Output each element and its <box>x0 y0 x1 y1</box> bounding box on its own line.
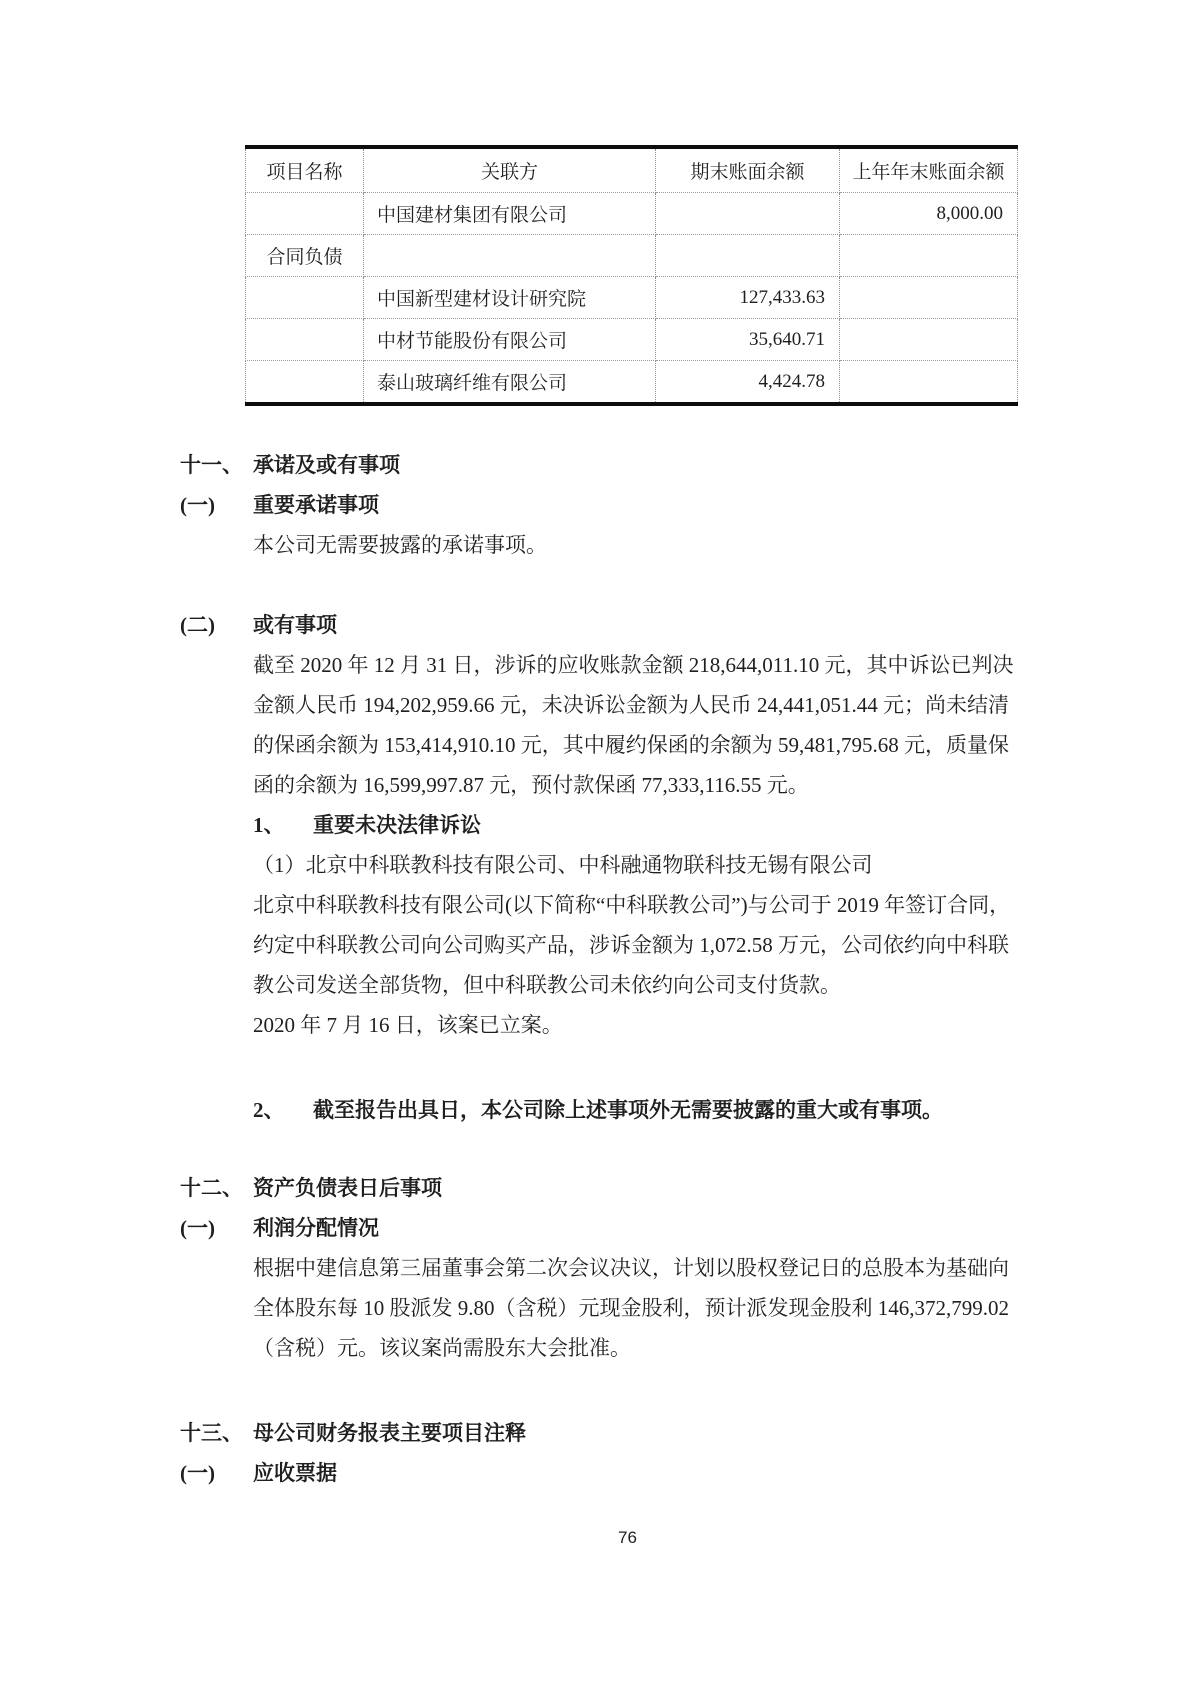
table-cell: 合同负债 <box>246 235 364 277</box>
table-row: 合同负债 <box>246 235 1018 277</box>
paragraph-line: 约定中科联教公司向公司购买产品，涉诉金额为 1,072.58 万元，公司依约向中… <box>253 925 1075 965</box>
table-cell: 35,640.71 <box>656 319 840 361</box>
item-number: 2、 <box>253 1090 313 1130</box>
paragraph-line: 函的余额为 16,599,997.87 元，预付款保函 77,333,116.5… <box>253 765 1075 805</box>
subsection-heading-12-1: (一) 利润分配情况 <box>180 1208 1075 1248</box>
table-row: 中材节能股份有限公司 35,640.71 <box>246 319 1018 361</box>
header-related-party: 关联方 <box>364 147 656 193</box>
subsection-heading-11-1: (一) 重要承诺事项 <box>180 485 1075 525</box>
table-header-row: 项目名称 关联方 期末账面余额 上年年末账面余额 <box>246 147 1018 193</box>
item-heading-2: 2、 截至报告出具日，本公司除上述事项外无需要披露的重大或有事项。 <box>253 1090 1075 1130</box>
table-cell <box>840 319 1018 361</box>
section-number: 十三、 <box>180 1413 253 1453</box>
paragraph-line: 本公司无需要披露的承诺事项。 <box>253 525 1075 565</box>
table-cell <box>656 193 840 235</box>
section-heading-12: 十二、 资产负债表日后事项 <box>180 1168 1075 1208</box>
section-title: 母公司财务报表主要项目注释 <box>253 1413 526 1453</box>
table-cell: 4,424.78 <box>656 361 840 405</box>
paragraph-line: 根据中建信息第三届董事会第二次会议决议，计划以股权登记日的总股本为基础向 <box>253 1248 1075 1288</box>
paragraph-line: 金额人民币 194,202,959.66 元，未决诉讼金额为人民币 24,441… <box>253 685 1075 725</box>
table-cell <box>246 319 364 361</box>
header-item-name: 项目名称 <box>246 147 364 193</box>
table-cell: 127,433.63 <box>656 277 840 319</box>
subsection-number: (一) <box>180 1453 253 1493</box>
paragraph-line: 北京中科联教科技有限公司(以下简称“中科联教公司”)与公司于 2019 年签订合… <box>253 885 1075 925</box>
header-prior-year-balance: 上年年末账面余额 <box>840 147 1018 193</box>
item-title: 截至报告出具日，本公司除上述事项外无需要披露的重大或有事项。 <box>313 1090 943 1130</box>
paragraph-line: 教公司发送全部货物，但中科联教公司未依约向公司支付货款。 <box>253 965 1075 1005</box>
section-title: 承诺及或有事项 <box>253 445 400 485</box>
table-row: 泰山玻璃纤维有限公司 4,424.78 <box>246 361 1018 405</box>
subsection-heading-11-2: (二) 或有事项 <box>180 605 1075 645</box>
subsection-number: (二) <box>180 605 253 645</box>
table-cell <box>840 361 1018 405</box>
item-heading-1: 1、 重要未决法律诉讼 <box>253 805 1075 845</box>
paragraph-line: （1）北京中科联教科技有限公司、中科融通物联科技无锡有限公司 <box>253 845 1075 885</box>
header-closing-balance: 期末账面余额 <box>656 147 840 193</box>
document-body: 十一、 承诺及或有事项 (一) 重要承诺事项 本公司无需要披露的承诺事项。 (二… <box>180 445 1075 1493</box>
paragraph-line: 2020 年 7 月 16 日，该案已立案。 <box>253 1005 1075 1045</box>
table-cell: 中材节能股份有限公司 <box>364 319 656 361</box>
table-cell: 中国建材集团有限公司 <box>364 193 656 235</box>
subsection-heading-13-1: (一) 应收票据 <box>180 1453 1075 1493</box>
subsection-title: 或有事项 <box>253 605 337 645</box>
table-row: 中国建材集团有限公司 8,000.00 <box>246 193 1018 235</box>
table-cell <box>246 193 364 235</box>
table-row: 中国新型建材设计研究院 127,433.63 <box>246 277 1018 319</box>
section-heading-13: 十三、 母公司财务报表主要项目注释 <box>180 1413 1075 1453</box>
report-page: 项目名称 关联方 期末账面余额 上年年末账面余额 中国建材集团有限公司 8,00… <box>0 0 1200 1696</box>
section-number: 十二、 <box>180 1168 253 1208</box>
paragraph-line: 全体股东每 10 股派发 9.80（含税）元现金股利，预计派发现金股利 146,… <box>253 1288 1075 1328</box>
table-cell <box>246 361 364 405</box>
paragraph-line: 截至 2020 年 12 月 31 日，涉诉的应收账款金额 218,644,01… <box>253 645 1075 685</box>
table-cell <box>246 277 364 319</box>
item-title: 重要未决法律诉讼 <box>313 805 481 845</box>
item-number: 1、 <box>253 805 313 845</box>
paragraph-line: （含税）元。该议案尚需股东大会批准。 <box>253 1328 1075 1368</box>
subsection-number: (一) <box>180 485 253 525</box>
related-party-table: 项目名称 关联方 期末账面余额 上年年末账面余额 中国建材集团有限公司 8,00… <box>245 145 1018 406</box>
section-heading-11: 十一、 承诺及或有事项 <box>180 445 1075 485</box>
subsection-title: 重要承诺事项 <box>253 485 379 525</box>
subsection-number: (一) <box>180 1208 253 1248</box>
table-cell: 中国新型建材设计研究院 <box>364 277 656 319</box>
table-cell: 8,000.00 <box>840 193 1018 235</box>
page-number: 76 <box>180 1528 1075 1548</box>
table-cell: 泰山玻璃纤维有限公司 <box>364 361 656 405</box>
paragraph-line: 的保函余额为 153,414,910.10 元，其中履约保函的余额为 59,48… <box>253 725 1075 765</box>
section-number: 十一、 <box>180 445 253 485</box>
table-cell <box>656 235 840 277</box>
table-cell <box>840 277 1018 319</box>
subsection-title: 利润分配情况 <box>253 1208 379 1248</box>
subsection-title: 应收票据 <box>253 1453 337 1493</box>
table-cell <box>364 235 656 277</box>
section-title: 资产负债表日后事项 <box>253 1168 442 1208</box>
table-cell <box>840 235 1018 277</box>
